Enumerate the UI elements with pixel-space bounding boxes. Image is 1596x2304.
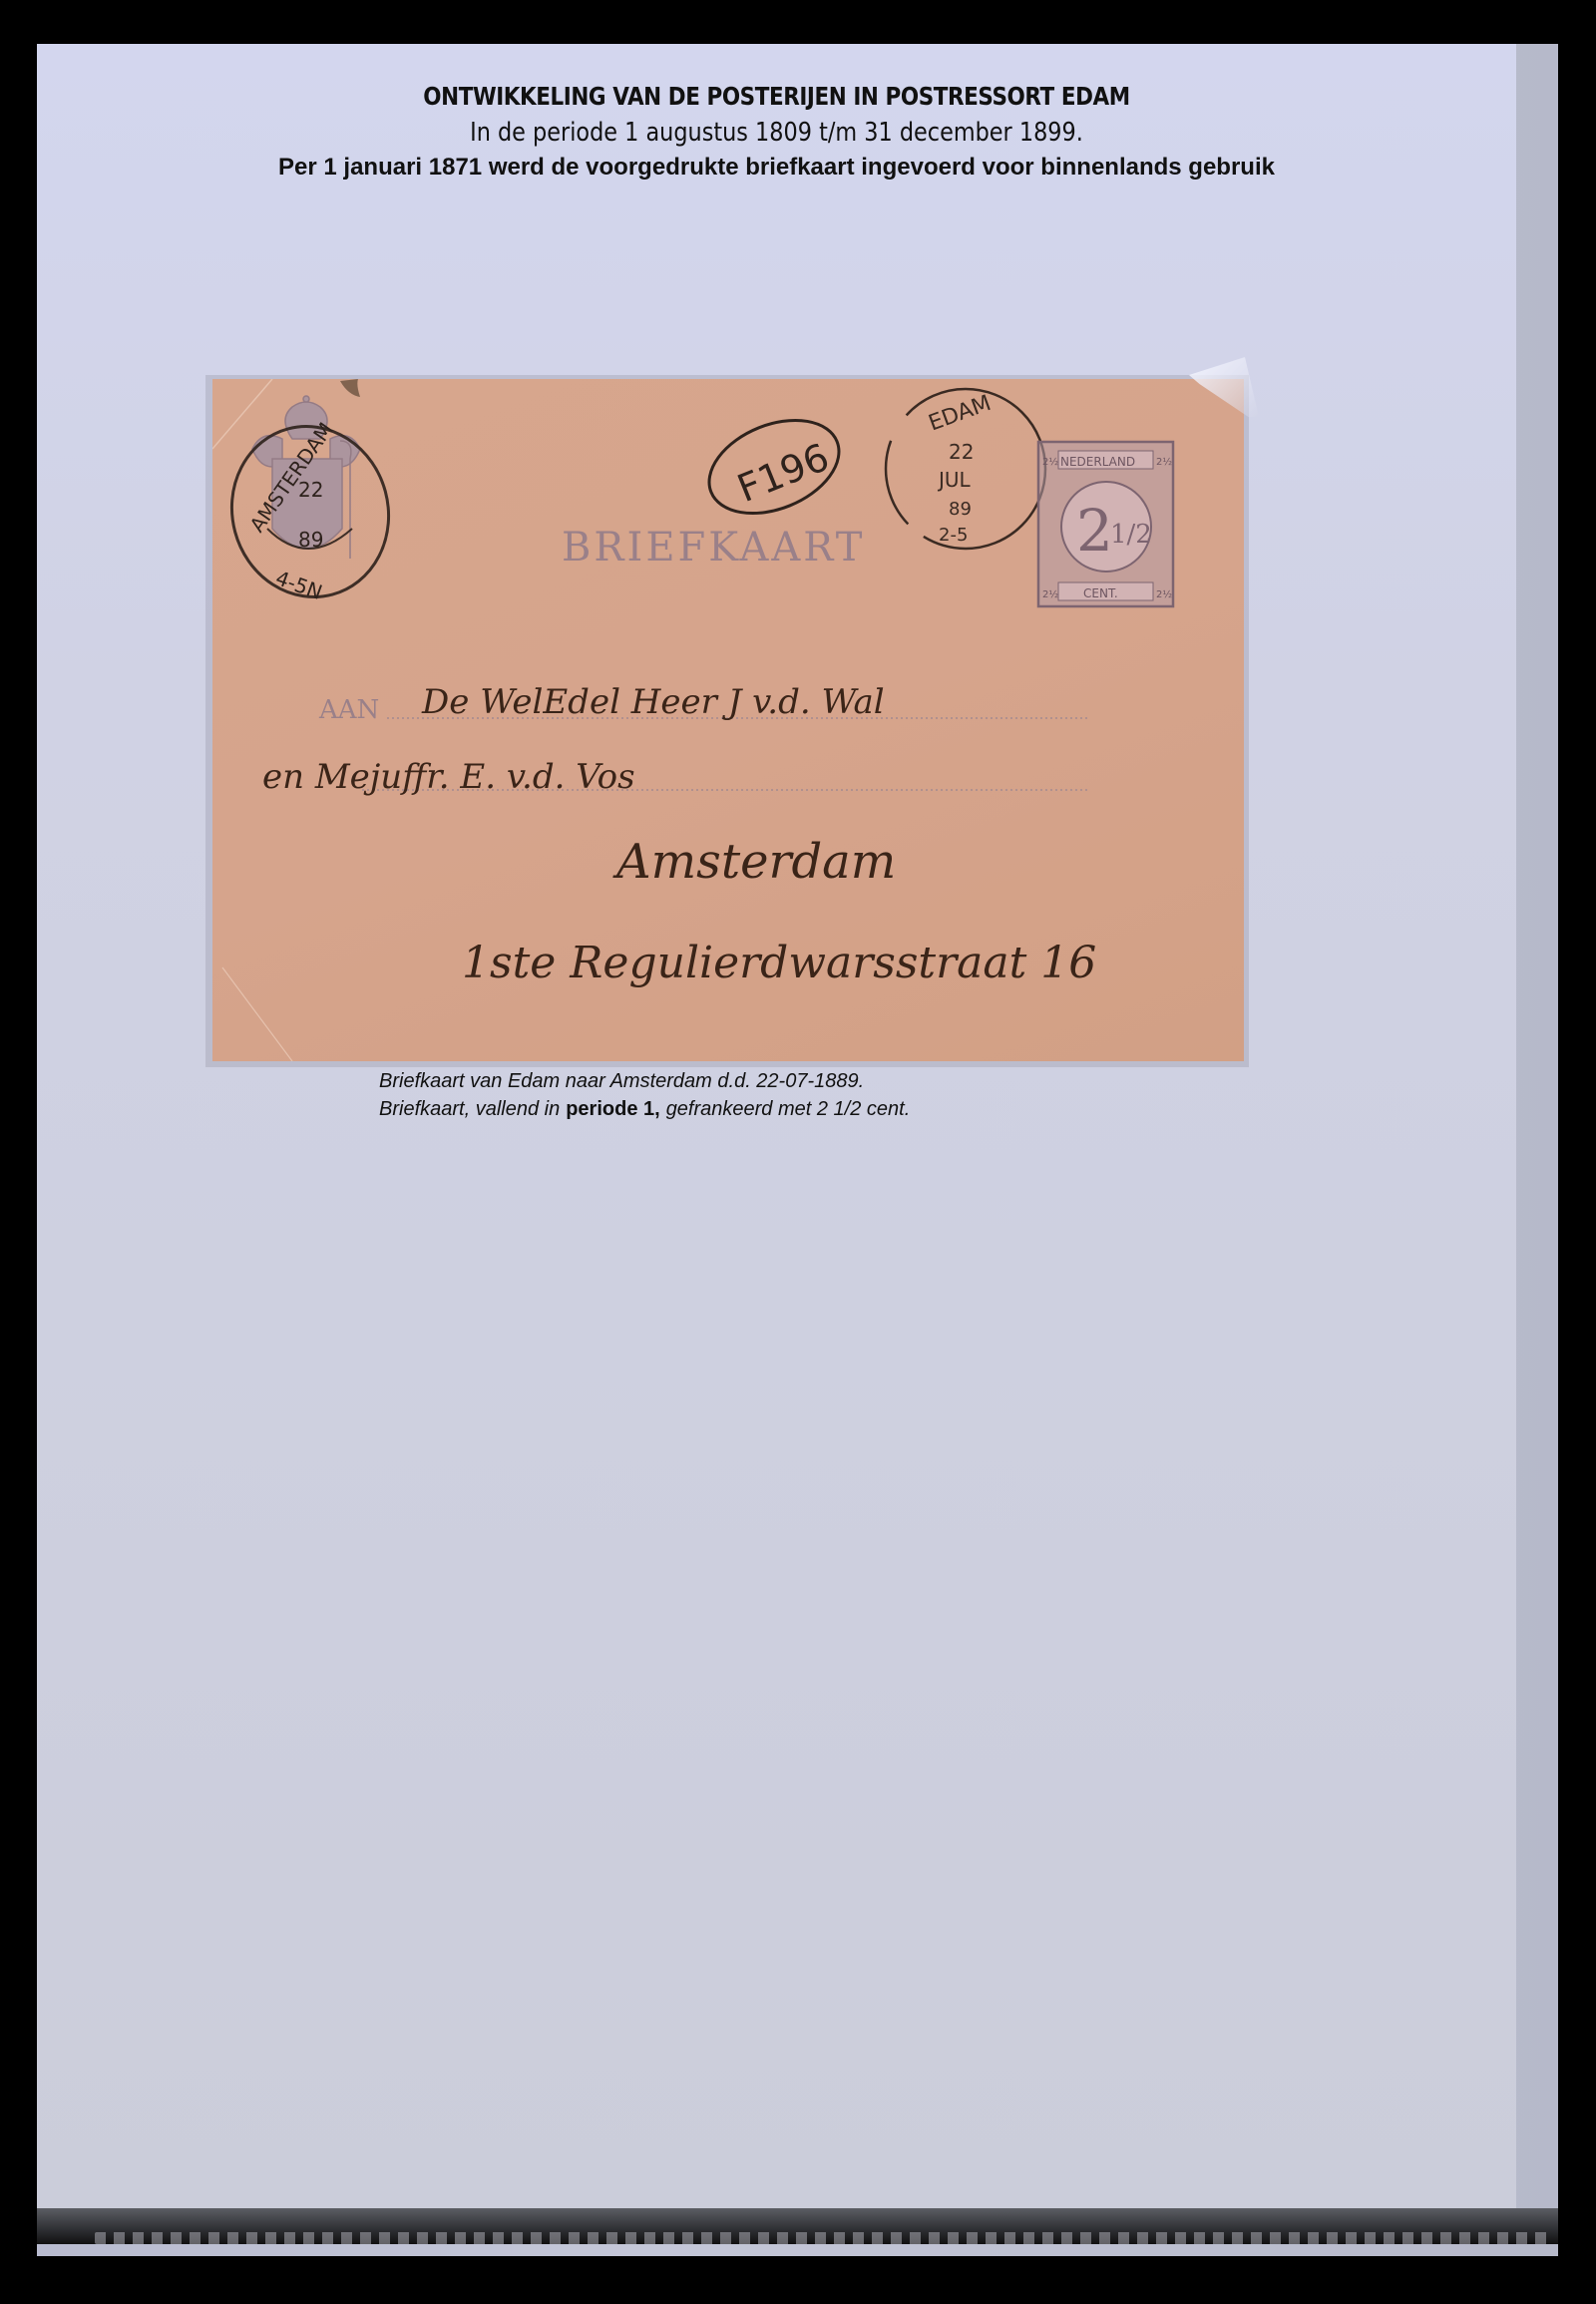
caption-line-2-prefix: Briefkaart, vallend in — [379, 1098, 560, 1120]
page-title: ONTWIKKELING VAN DE POSTERIJEN IN POSTRE… — [141, 80, 1412, 114]
postcard-caption: Briefkaart van Edam naar Amsterdam d.d. … — [379, 1067, 910, 1123]
amsterdam-postmark-time: 4-5N — [272, 566, 325, 604]
oval-number-mark: F196 — [695, 403, 853, 532]
svg-text:2½: 2½ — [1042, 456, 1058, 468]
handwritten-line-2: en Mejuffr. E. v.d. Vos — [262, 757, 635, 797]
svg-text:JUL: JUL — [937, 468, 972, 492]
imprinted-stamp: NEDERLAND 2½ 2½ 2 1/2 CENT. 2½ 2½ — [1038, 442, 1173, 606]
svg-text:2½: 2½ — [1156, 456, 1172, 468]
svg-text:2: 2 — [1076, 497, 1113, 565]
postcard-artwork: BRIEFKAART AMSTERDAM 22 89 4-5N F196 EDA… — [212, 379, 1244, 1061]
svg-text:CENT.: CENT. — [1083, 586, 1118, 600]
printed-title: BRIEFKAART — [562, 525, 865, 571]
caption-line-2: Briefkaart, vallend inperiode 1,gefranke… — [379, 1095, 910, 1123]
svg-text:2½: 2½ — [1042, 588, 1058, 600]
caption-period-label: periode 1, — [566, 1098, 659, 1120]
postcard: BRIEFKAART AMSTERDAM 22 89 4-5N F196 EDA… — [212, 379, 1244, 1061]
svg-text:89: 89 — [949, 499, 972, 520]
handwritten-line-3: Amsterdam — [612, 834, 896, 890]
caption-line-1: Briefkaart van Edam naar Amsterdam d.d. … — [379, 1067, 910, 1095]
period-subtitle: In de periode 1 augustus 1809 t/m 31 dec… — [141, 114, 1412, 152]
svg-text:1/2: 1/2 — [1110, 520, 1152, 550]
svg-text:22: 22 — [949, 440, 974, 464]
svg-text:NEDERLAND: NEDERLAND — [1060, 455, 1135, 469]
svg-text:2-5: 2-5 — [939, 525, 968, 546]
page-header: ONTWIKKELING VAN DE POSTERIJEN IN POSTRE… — [37, 80, 1516, 184]
handwritten-address: De WelEdel Heer J v.d. Wal en Mejuffr. E… — [262, 682, 1096, 988]
handwritten-line-4: 1ste Regulierdwarsstraat 16 — [462, 938, 1096, 988]
crease-line — [222, 967, 292, 1061]
amsterdam-postmark-day: 22 — [298, 478, 323, 502]
edam-postmark: EDAM 22 JUL 89 2-5 — [886, 389, 1045, 549]
caption-line-2-suffix: gefrankeerd met 2 1/2 cent. — [666, 1098, 911, 1120]
svg-text:2½: 2½ — [1156, 588, 1172, 600]
svg-text:F196: F196 — [731, 435, 835, 511]
paper-stain — [340, 379, 360, 397]
amsterdam-postmark-year: 89 — [298, 528, 323, 552]
handwritten-line-1: De WelEdel Heer J v.d. Wal — [421, 682, 885, 722]
address-prefix: AAN — [318, 695, 379, 725]
sleeve-binder-holes — [95, 2232, 1551, 2244]
svg-text:EDAM: EDAM — [926, 391, 995, 437]
album-page — [37, 44, 1516, 2218]
intro-note: Per 1 januari 1871 werd de voorgedrukte … — [37, 152, 1516, 184]
